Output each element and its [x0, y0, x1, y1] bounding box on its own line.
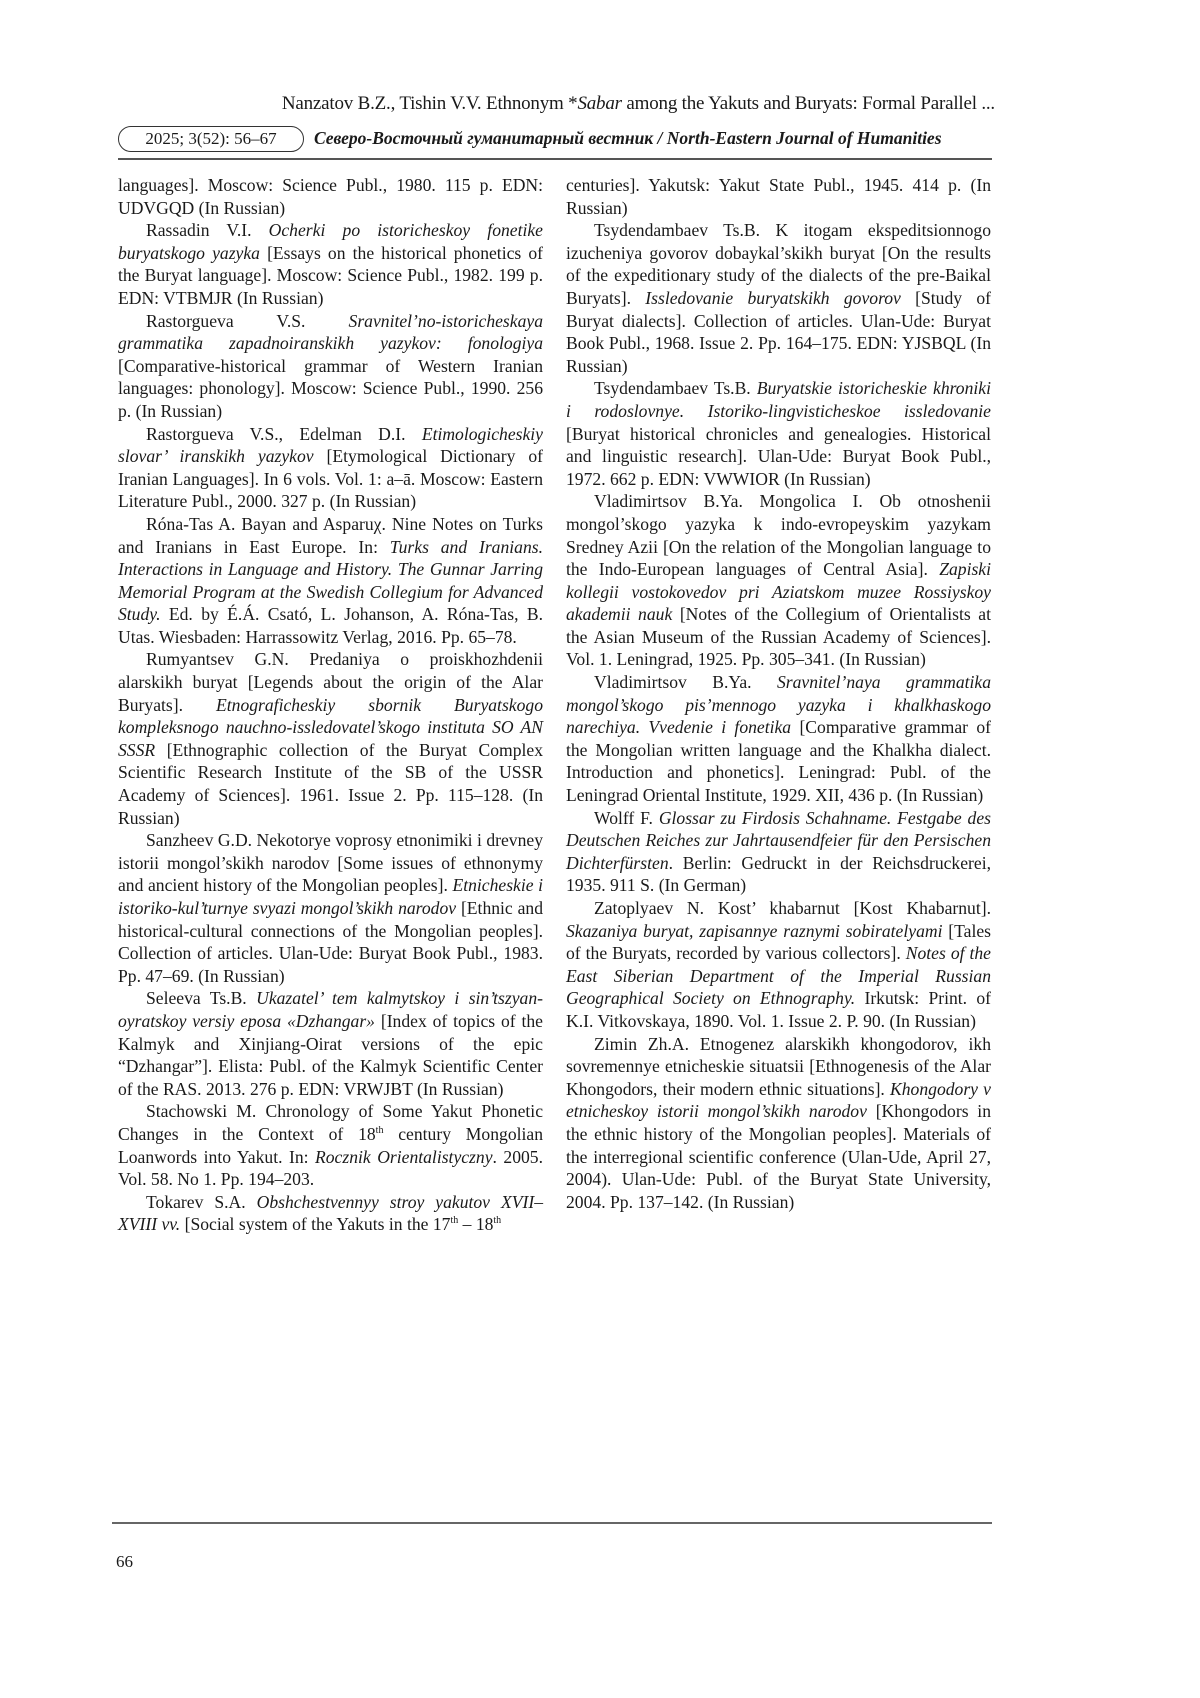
- reference-entry: Sanzheev G.D. Nekotorye voprosy etnonimi…: [118, 829, 543, 987]
- reference-entry: languages]. Moscow: Science Publ., 1980.…: [118, 174, 543, 219]
- reference-text: Vladimirtsov B.Ya. Mongolica I. Ob otnos…: [566, 491, 991, 579]
- reference-text: Rassadin V.I.: [146, 220, 269, 240]
- reference-entry: centuries]. Yakutsk: Yakut State Publ., …: [566, 174, 991, 219]
- reference-entry: Stachowski M. Chronology of Some Yakut P…: [118, 1100, 543, 1190]
- reference-text: Rastorgueva V.S., Edelman D.I.: [146, 424, 422, 444]
- reference-entry: Rassadin V.I. Ocherki po istoricheskoy f…: [118, 219, 543, 309]
- reference-text: Ed. by É.Á. Csató, L. Johanson, A. Róna-…: [118, 604, 543, 647]
- running-title-italic: Sabar: [577, 93, 621, 114]
- journal-header: 2025; 3(52): 56–67 Северо-Восточный гума…: [118, 124, 992, 154]
- reference-text: Rastorgueva V.S.: [146, 311, 349, 331]
- reference-text: Wolff F.: [594, 808, 659, 828]
- reference-text: Seleeva Ts.B.: [146, 988, 256, 1008]
- reference-entry: Seleeva Ts.B. Ukazatel’ tem kalmytskoy i…: [118, 987, 543, 1100]
- reference-entry: Tokarev S.A. Obshchestvennyy stroy yakut…: [118, 1191, 543, 1236]
- reference-text: [Buryat historical chronicles and geneal…: [566, 424, 991, 489]
- reference-entry: Wolff F. Glossar zu Firdosis Schahname. …: [566, 807, 991, 897]
- reference-text: languages]. Moscow: Science Publ., 1980.…: [118, 175, 543, 218]
- running-title-prefix: Nanzatov B.Z., Tishin V.V. Ethnonym *: [282, 93, 578, 114]
- journal-name: Северо-Восточный гуманитарный вестник / …: [314, 126, 942, 150]
- reference-text: Zatoplyaev N. Kost’ khabarnut [Kost Khab…: [594, 898, 991, 918]
- reference-entry: Vladimirtsov B.Ya. Sravnitel’naya gramma…: [566, 671, 991, 807]
- issue-badge: 2025; 3(52): 56–67: [118, 126, 304, 152]
- reference-title-italic: Rocznik Orientalistyczny: [315, 1147, 493, 1167]
- reference-text: – 18: [458, 1214, 493, 1234]
- footer-divider: [112, 1522, 992, 1524]
- reference-entry: Zimin Zh.A. Etnogenez alarskikh khongodo…: [566, 1033, 991, 1214]
- reference-text: Tsydendambaev Ts.B.: [594, 378, 757, 398]
- reference-title-italic: Issledovanie buryatskikh govorov: [645, 288, 901, 308]
- reference-entry: Vladimirtsov B.Ya. Mongolica I. Ob otnos…: [566, 490, 991, 671]
- reference-text: centuries]. Yakutsk: Yakut State Publ., …: [566, 175, 991, 218]
- reference-entry: Tsydendambaev Ts.B. Buryatskie istoriche…: [566, 377, 991, 490]
- reference-title-italic: Skazaniya buryat, zapisannye raznymi sob…: [566, 921, 942, 941]
- reference-text: Tokarev S.A.: [146, 1192, 257, 1212]
- reference-entry: Rastorgueva V.S. Sravnitel’no-istoriches…: [118, 310, 543, 423]
- superscript: th: [493, 1215, 501, 1226]
- header-divider: [118, 158, 992, 160]
- running-title-suffix: among the Yakuts and Buryats: Formal Par…: [622, 93, 995, 114]
- reference-entry: Rastorgueva V.S., Edelman D.I. Etimologi…: [118, 423, 543, 513]
- reference-entry: Zatoplyaev N. Kost’ khabarnut [Kost Khab…: [566, 897, 991, 1033]
- reference-entry: Róna-Tas A. Bayan and Asparuχ. Nine Note…: [118, 513, 543, 649]
- page-number: 66: [116, 1551, 133, 1573]
- reference-text: [Comparative-historical grammar of Weste…: [118, 356, 543, 421]
- reference-text: [Social system of the Yakuts in the 17: [180, 1214, 450, 1234]
- reference-entry: Rumyantsev G.N. Predaniya o proiskhozhde…: [118, 648, 543, 829]
- references-left-column: languages]. Moscow: Science Publ., 1980.…: [118, 174, 543, 1236]
- reference-text: Vladimirtsov B.Ya.: [594, 672, 777, 692]
- references-right-column: centuries]. Yakutsk: Yakut State Publ., …: [566, 174, 991, 1213]
- running-title: Nanzatov B.Z., Tishin V.V. Ethnonym *Sab…: [200, 92, 995, 116]
- reference-entry: Tsydendambaev Ts.B. K itogam ekspeditsio…: [566, 219, 991, 377]
- reference-text: [Ethnographic collection of the Buryat C…: [118, 740, 543, 828]
